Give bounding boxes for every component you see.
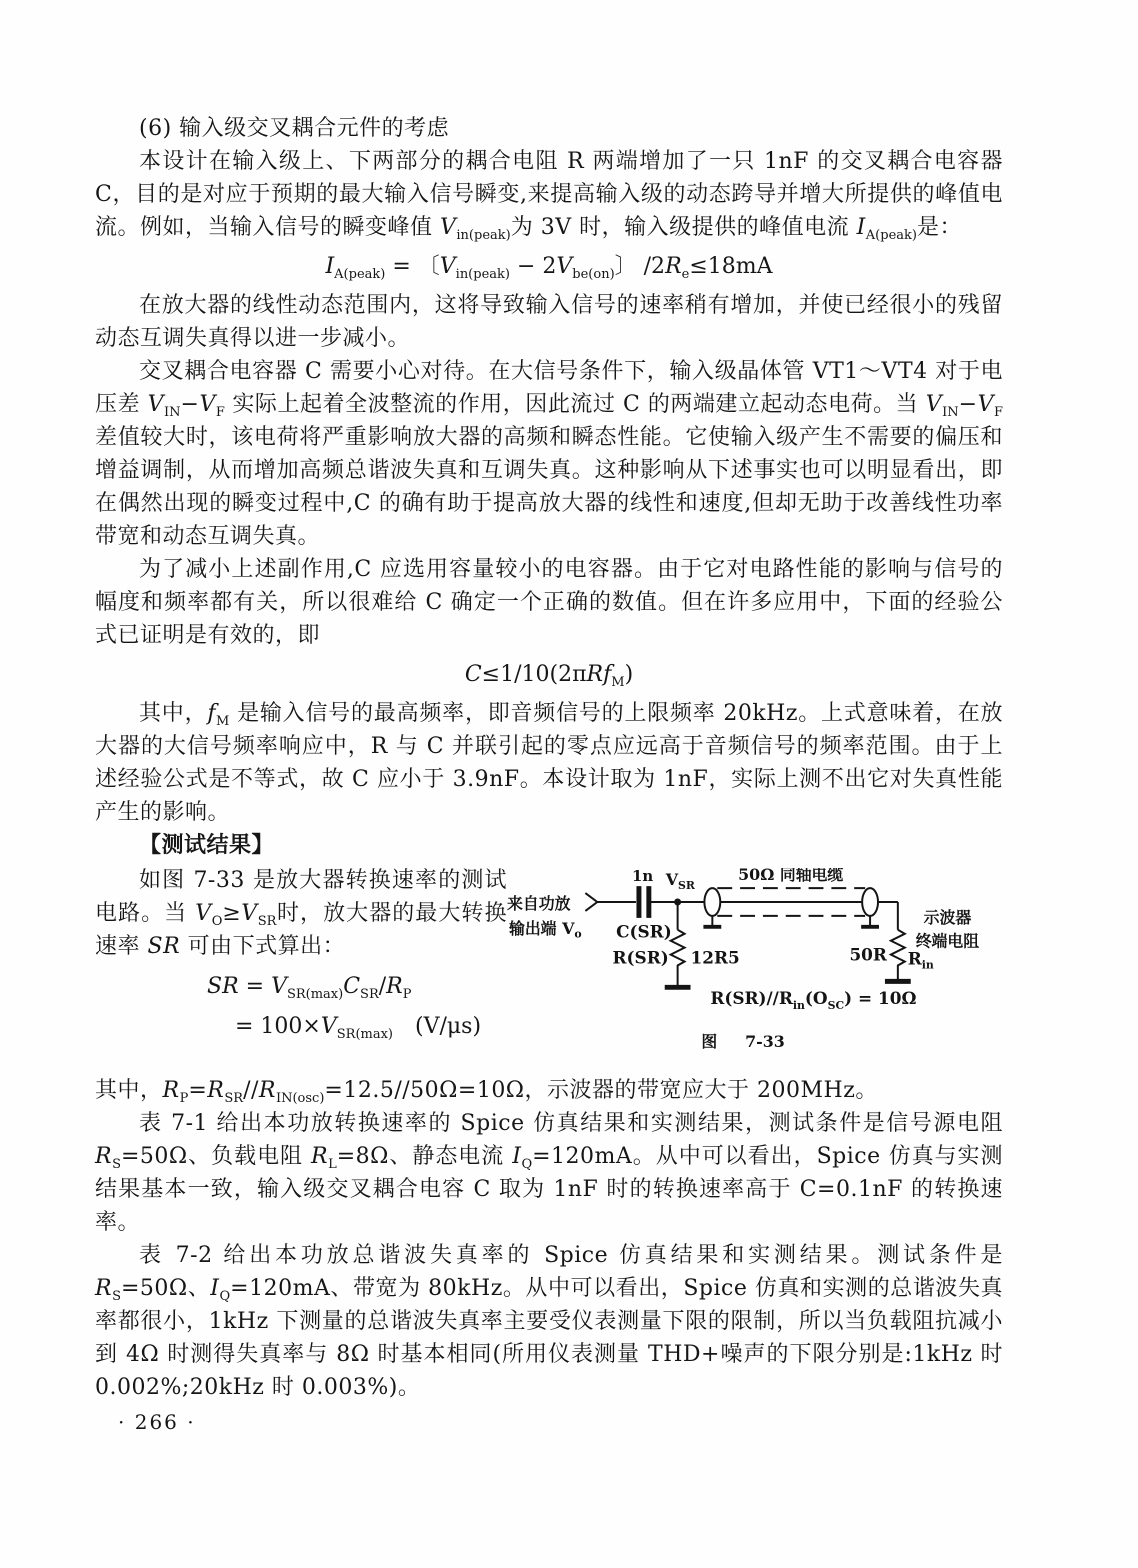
section-heading: (6) 输入级交叉耦合元件的考虑 [95, 112, 1003, 145]
paragraph-slew-rate-intro: 如图 7-33 是放大器转换速率的测试电路。当 VO≥VSR时，放大器的最大转换… [95, 864, 507, 963]
paragraph-capacitor-caution: 交叉耦合电容器 C 需要小心对待。在大信号条件下，输入级晶体管 VT1～VT4 … [95, 355, 1003, 553]
formula-capacitance-limit: C≤1/10(2πRfM) [95, 658, 1003, 691]
paragraph-table-7-2: 表 7-2 给出本功放总谐波失真率的 Spice 仿真结果和实测结果。测试条件是… [95, 1239, 1003, 1404]
resistor-rsr-symbol [671, 930, 685, 987]
page-number: · 266 · [118, 1410, 196, 1434]
resistor-rsr-label: R(SR) [613, 948, 669, 968]
paragraph-table-7-1: 表 7-1 给出本功放转换速率的 Spice 仿真结果和实测结果，测试条件是信号… [95, 1107, 1003, 1239]
source-label-line2: 输出端 Vo [508, 919, 582, 941]
paragraph-reduce-side-effect: 为了减小上述副作用,C 应选用容量较小的电容器。由于它对电路性能的影响与信号的幅… [95, 553, 1003, 652]
resistor-rin-value: 50R [849, 945, 887, 965]
node-vsr-label: VSR [665, 870, 696, 892]
circuit-diagram: 来自功放 输出端 Vo 1n C(SR) VSR R(SR) 12R5 50Ω … [507, 868, 1003, 1064]
scope-label-line2: 终端电阻 [916, 932, 980, 951]
resistor-rsr-value: 12R5 [691, 948, 740, 968]
cap-name-label: C(SR) [616, 922, 672, 942]
figure-caption: 图7-33 [701, 1032, 784, 1051]
formula-peak-current: IA(peak) = 〔Vin(peak) − 2Vbe(on)〕 /2Re≤1… [95, 250, 1003, 283]
document-page: (6) 输入级交叉耦合元件的考虑 本设计在输入级上、下两部分的耦合电阻 R 两端… [0, 0, 1138, 1568]
source-label-line1: 来自功放 [507, 894, 571, 913]
input-terminal-icon [585, 893, 597, 911]
coax-connector-left [704, 888, 720, 916]
formula-slew-rate-line2: = 100×VSR(max) (V/μs) [235, 1010, 507, 1043]
column-text: 如图 7-33 是放大器转换速率的测试电路。当 VO≥VSR时，放大器的最大转换… [95, 864, 507, 1045]
resistor-rin-label: Rin [908, 949, 934, 972]
test-results-header: 【测试结果】 [95, 829, 1003, 862]
coax-cable-label: 50Ω 同轴电缆 [738, 868, 843, 884]
paragraph-linear-range: 在放大器的线性动态范围内，这将导致输入信号的速率稍有增加，并使已经很小的残留动态… [95, 289, 1003, 355]
parallel-resistance-note: R(SR)//Rin(OSC) = 10Ω [710, 988, 916, 1012]
paragraph-design-intro: 本设计在输入级上、下两部分的耦合电阻 R 两端增加了一只 1nF 的交叉耦合电容… [95, 145, 1003, 244]
paragraph-rp-explanation: 其中，RP=RSR//RIN(osc)=12.5//50Ω=10Ω，示波器的带宽… [95, 1074, 1003, 1107]
figure-7-33: 来自功放 输出端 Vo 1n C(SR) VSR R(SR) 12R5 50Ω … [507, 864, 1003, 1074]
page-content: (6) 输入级交叉耦合元件的考虑 本设计在输入级上、下两部分的耦合电阻 R 两端… [95, 112, 1003, 1404]
formula-slew-rate-line1: SR = VSR(max)CSR/RP [207, 970, 507, 1003]
resistor-rin-symbol [891, 930, 905, 981]
scope-label-line1: 示波器 [924, 908, 972, 927]
coax-connector-right [862, 888, 878, 916]
cap-value-label: 1n [632, 868, 653, 885]
paragraph-fm-explanation: 其中，fM 是输入信号的最高频率，即音频信号的上限频率 20kHz。上式意味着，… [95, 697, 1003, 829]
two-column-block: 如图 7-33 是放大器转换速率的测试电路。当 VO≥VSR时，放大器的最大转换… [95, 864, 1003, 1074]
